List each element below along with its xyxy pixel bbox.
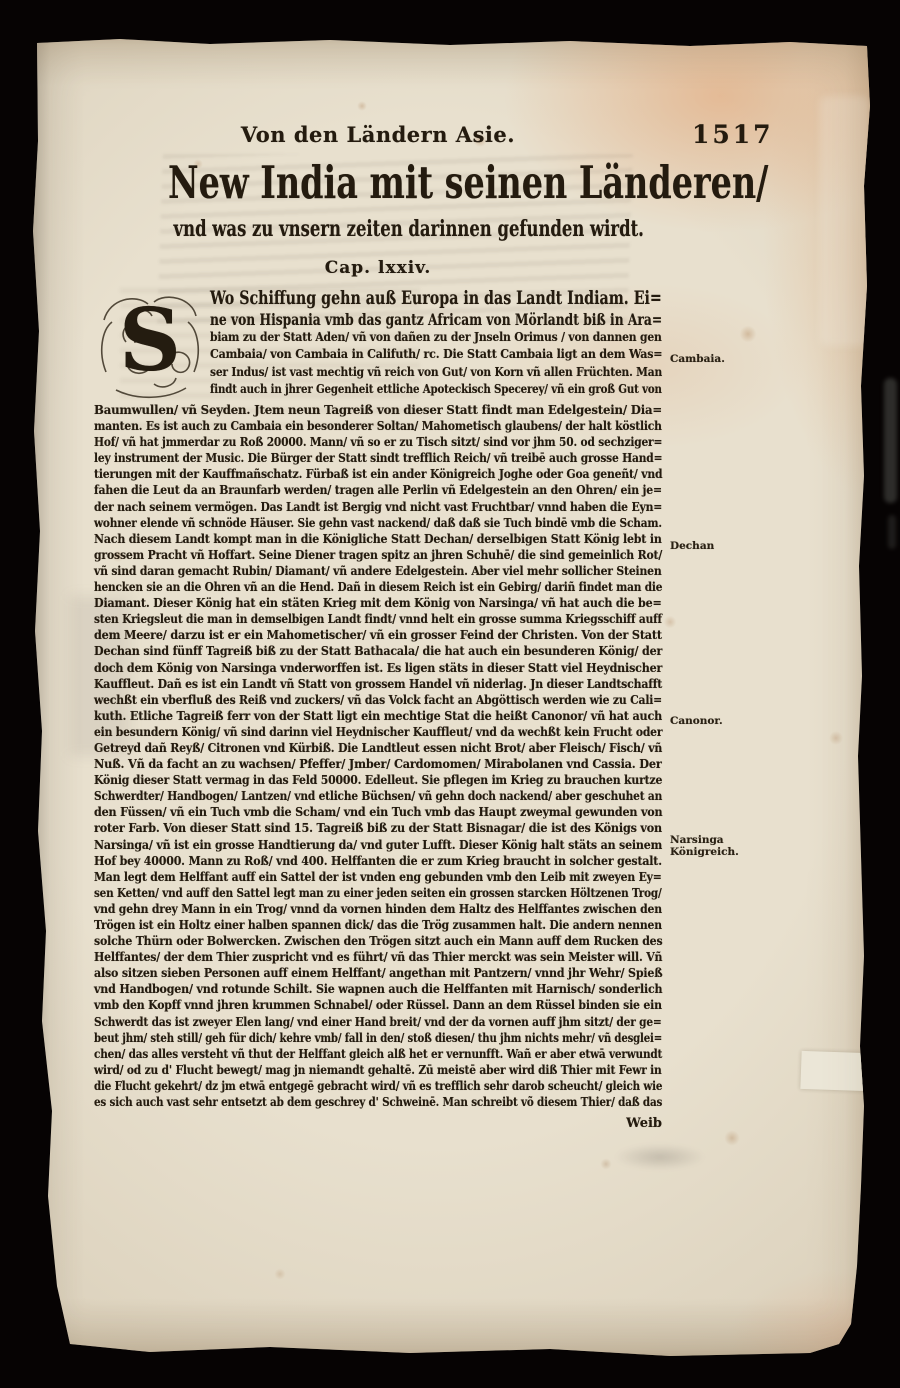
text-line: vmb den Kopff vnnd jhren krummen Schnabe… xyxy=(94,997,662,1013)
chapter-number-heading: Cap. lxxiv. xyxy=(94,258,662,278)
text-line: ley instrument der Music. Die Bürger der… xyxy=(94,450,662,466)
text-line: vnd gehn drey Mann in ein Trog/ vnnd da … xyxy=(94,901,662,917)
opening-paragraph: S Wo Schiffung gehn auß Europa in das La… xyxy=(94,288,662,399)
text-line: es sich auch vast sehr entsetzt ab dem g… xyxy=(94,1094,662,1110)
background-mark xyxy=(888,515,896,549)
margin-note: Narsinga Königreich. xyxy=(670,835,744,858)
text-line: Baumwullen/ vñ Seyden. Jtem neun Tagreiß… xyxy=(94,402,662,418)
text-line: doch dem König von Narsinga vnderworffen… xyxy=(94,660,662,676)
margin-note: Dechan xyxy=(670,541,744,553)
text-line: Schwerdter/ Handbogen/ Lantzen/ vnd etli… xyxy=(94,788,662,804)
opening-line: biam zu der Statt Aden/ vñ von dañen zu … xyxy=(210,329,662,346)
opening-line: findt auch in jhrer Gegenheit ettliche A… xyxy=(210,381,662,398)
text-line: manten. Es ist auch zu Cambaia ein beson… xyxy=(94,418,662,434)
svg-text:S: S xyxy=(119,290,181,391)
chapter-subtitle: vnd was zu vnsern zeiten darinnen gefund… xyxy=(94,216,662,242)
text-line: der nach seinem vermögen. Das Landt ist … xyxy=(94,499,662,515)
opening-line: ser Indus/ ist vast mechtig vñ reich von… xyxy=(210,364,662,381)
text-line: hencken sie an die Ohren vñ an die Hend.… xyxy=(94,579,662,595)
scan-background: Von den Ländern Asie. 1517 New India mit… xyxy=(0,0,900,1388)
text-line: König dieser Statt vermag in das Feld 50… xyxy=(94,772,662,788)
text-line: solche Thürn oder Bolwercken. Zwischen d… xyxy=(94,933,662,949)
page-number: 1517 xyxy=(692,120,774,149)
chapter-number-text: Cap. lxxiv. xyxy=(325,258,432,278)
running-head-title: Von den Ländern Asie. xyxy=(241,122,515,147)
text-line: also sitzen sieben Personen auff einem H… xyxy=(94,965,662,981)
text-line: vnd Handbogen/ vnd rotunde Schilt. Sie w… xyxy=(94,981,662,997)
body-text: Baumwullen/ vñ Seyden. Jtem neun Tagreiß… xyxy=(94,402,662,1110)
text-line: Getreyd dañ Reyß/ Citronen vnd Kürbiß. D… xyxy=(94,740,662,756)
text-line: sten Kriegsleut die man in demselbigen L… xyxy=(94,611,662,627)
ornate-initial-icon: S xyxy=(94,290,206,400)
text-line: beut jhm/ steh still/ geh für dich/ kehr… xyxy=(94,1030,662,1046)
opening-line: ne von Hispania vmb das gantz Africam vo… xyxy=(210,310,662,329)
text-line: roter Farb. Von dieser Statt sind 15. Ta… xyxy=(94,820,662,836)
text-line: Nuß. Vñ da facht an zu wachsen/ Pfeffer/… xyxy=(94,756,662,772)
text-line: Schwerdt das ist zweyer Elen lang/ vnd e… xyxy=(94,1014,662,1030)
text-line: kuth. Etliche Tagreiß ferr von der Statt… xyxy=(94,708,662,724)
text-line: sen Ketten/ vnd auff den Sattel legt man… xyxy=(94,885,662,901)
text-line: Narsinga/ vñ ist ein grosse Handtierung … xyxy=(94,837,662,853)
chapter-title-text: New India mit seinen Länderen/ xyxy=(168,156,768,209)
drop-cap-initial: S xyxy=(94,290,206,400)
text-line: Hof/ vñ hat jmmerdar zu Roß 20000. Mann/… xyxy=(94,434,662,450)
book-page: Von den Ländern Asie. 1517 New India mit… xyxy=(30,36,875,1358)
text-line: Kauffleut. Dañ es ist ein Landt vñ Statt… xyxy=(94,676,662,692)
text-line: Man legt dem Helffant auff ein Sattel de… xyxy=(94,869,662,885)
catchword: Weib xyxy=(94,1116,666,1131)
text-line: die Flucht gekehrt/ dz jm etwā entgegē g… xyxy=(94,1078,662,1094)
text-line: ein besundern König/ vñ sind darinn viel… xyxy=(94,724,662,740)
opening-line: Wo Schiffung gehn auß Europa in das Land… xyxy=(210,288,662,310)
running-head: Von den Ländern Asie. 1517 xyxy=(94,122,662,147)
text-line: den Füssen/ vñ ein Tuch vmb die Scham/ v… xyxy=(94,804,662,820)
text-line: tierungen mit der Kauffmañschatz. Fürbaß… xyxy=(94,466,662,482)
text-line: Nach diesem Landt kompt man in die König… xyxy=(94,531,662,547)
text-line: fahen die Leut da an Braunfarb werden/ t… xyxy=(94,482,662,498)
text-line: Dechan sind fünff Tagreiß biß zu der Sta… xyxy=(94,643,662,659)
text-line: wechßt ein vberfluß des Reiß vnd zuckers… xyxy=(94,692,662,708)
text-line: wohner elende vñ schnöde Häuser. Sie geh… xyxy=(94,515,662,531)
text-line: vñ sind daran gemacht Rubin/ Diamant/ vñ… xyxy=(94,563,662,579)
margin-note: Cambaia. xyxy=(670,354,744,366)
text-line: Diamant. Dieser König hat ein stäten Kri… xyxy=(94,595,662,611)
chapter-subtitle-text: vnd was zu vnsern zeiten darinnen gefund… xyxy=(174,216,644,242)
text-line: dem Meere/ darzu ist er ein Mahometische… xyxy=(94,627,662,643)
text-line: Trögen ist ein Holtz einer halben spanne… xyxy=(94,917,662,933)
background-mark xyxy=(884,378,897,503)
text-line: grossem Pracht vñ Hoffart. Seine Diener … xyxy=(94,547,662,563)
opening-line: Cambaia/ von Cambaia in Califuth/ rc. Di… xyxy=(210,346,662,363)
text-line: chen/ das alles versteht vñ thut der Hel… xyxy=(94,1046,662,1062)
chapter-title: New India mit seinen Länderen/ xyxy=(64,156,692,209)
text-line: Hof bey 40000. Mann zu Roß/ vnd 400. Hel… xyxy=(94,853,662,869)
printed-content: Von den Ländern Asie. 1517 New India mit… xyxy=(30,36,875,1358)
text-line: wird/ od zu d' Flucht bewegt/ mag jn nie… xyxy=(94,1062,662,1078)
opening-lines: Wo Schiffung gehn auß Europa in das Land… xyxy=(210,288,662,399)
margin-note: Canonor. xyxy=(670,716,744,728)
text-line: Helffantes/ der dem Thier zuspricht vnd … xyxy=(94,949,662,965)
